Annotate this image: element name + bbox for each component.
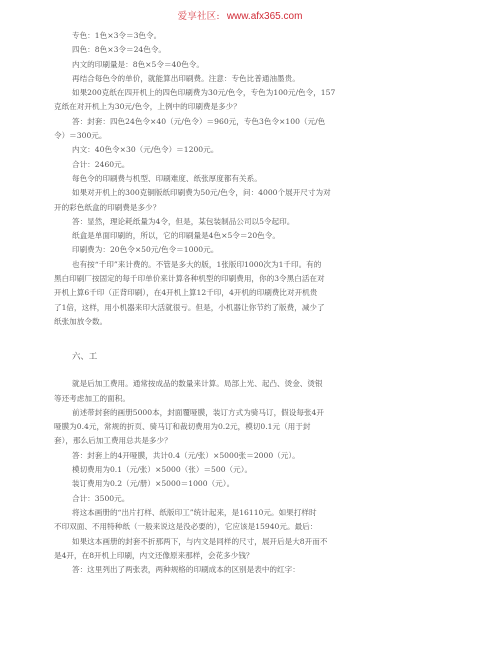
paragraph-line: 答：显然，理论耗纸量为4令，但是，某包装制品公司以5令起印。 <box>54 215 414 229</box>
section-heading: 六、工 <box>54 349 414 363</box>
paragraph-line: 答：封套：四色24色令×40（元/色令）＝960元，专色3色令×100（元/色 <box>54 115 414 129</box>
paragraph-line: 纸盒是单面印刷的，所以，它的印刷量是4色×5令＝20色令。 <box>54 229 414 243</box>
paragraph-line: 开的彩色纸盒的印刷费是多少？ <box>54 201 414 215</box>
paragraph-line: 答：封套上的4开哑膜，共计0.4（元/张）×5000张＝2000（元）。 <box>54 449 414 463</box>
paragraph-line: 印刷费为：20色令×50元/色令＝1000元。 <box>54 243 414 257</box>
paragraph-line: 套），那么后加工费用总共是多少？ <box>54 434 414 448</box>
paragraph-line: 合计：2460元。 <box>54 158 414 172</box>
paragraph-line: 黑白印刷厂按固定的每千印单价来计算各种机型的印刷费用，你的3令黑白活在对 <box>54 272 414 286</box>
paragraph-line: 也有按“千印”来计费的。不管是多大的版，1张版印1000次为1千印。有的 <box>54 258 414 272</box>
paragraph-line: 如果这本画册的封套不折那两下，与内文是同样的尺寸，展开后是大8开而不 <box>54 535 414 549</box>
paragraph-line: 就是后加工费用。通常按成品的数量来计算。局部上光、起凸、烫金、烫银 <box>54 377 414 391</box>
paragraph-line: 开机上算6千印（正背印刷），在4开机上算12千印，4开机的印刷费比对开机贵 <box>54 286 414 300</box>
site-url-link[interactable]: www.afx365.com <box>227 11 303 22</box>
paragraph-line: 克纸在对开机上为30元/色令，上例中的印刷费是多少？ <box>54 100 414 114</box>
site-brand: 爱享社区: <box>178 11 220 22</box>
paragraph-line: 是4开，在8开机上印刷，内文还像原来那样，会花多少钱？ <box>54 549 414 563</box>
paragraph-line: 如果200克纸在四开机上的四色印刷费为30元/色令，专色为100元/色令，157 <box>54 86 414 100</box>
paragraph-line: 装订费用为0.2（元/册）×5000＝1000（元）。 <box>54 477 414 491</box>
paragraph-line: 答：这里列出了两张表，两种规格的印刷成本的区别是表中的红字： <box>54 563 414 577</box>
paragraph-line: 前述带封套的画册5000本，封面覆哑膜，装订方式为骑马订，假设每张4开 <box>54 406 414 420</box>
paragraph-line: 纸张加放令数。 <box>54 315 414 329</box>
paragraph-line: 专色：1色×3令＝3色令。 <box>54 29 414 43</box>
site-header: 爱享社区: www.afx365.com <box>0 11 480 23</box>
document-body: 专色：1色×3令＝3色令。四色：8色×3令＝24色令。内文的印刷量是：8色×5令… <box>54 29 414 577</box>
paragraph-line: 等还考虑加工的面积。 <box>54 392 414 406</box>
paragraph-line: 哑膜为0.4元，常规的折页、骑马订和裁切费用为0.2元，模切0.1元（用于封 <box>54 420 414 434</box>
paragraph-line: 将这本画册的“出片打样、纸版印工”统计起来，是16110元。如果打样时 <box>54 506 414 520</box>
paragraph-line: 合计：3500元。 <box>54 492 414 506</box>
paragraph-line: 令）＝300元。 <box>54 129 414 143</box>
paragraph-line: 了1倍，这样，用小机器来印大活就很亏。但是，小机器让你节约了版费，减少了 <box>54 301 414 315</box>
paragraph-line: 模切费用为0.1（元/张）×5000（张）＝500（元）。 <box>54 463 414 477</box>
paragraph-line: 内文：40色令×30（元/色令）＝1200元。 <box>54 143 414 157</box>
document-section-printing-cost: 专色：1色×3令＝3色令。四色：8色×3令＝24色令。内文的印刷量是：8色×5令… <box>54 29 414 329</box>
paragraph-line: 再结合每色令的单价，就能算出印刷费。注意：专色比普通油墨贵。 <box>54 72 414 86</box>
paragraph-line: 四色：8色×3令＝24色令。 <box>54 43 414 57</box>
paragraph-line: 每色令的印刷费与机型、印刷难度、纸张厚度都有关系。 <box>54 172 414 186</box>
paragraph-line: 内文的印刷量是：8色×5令＝40色令。 <box>54 58 414 72</box>
document-section-post-processing: 就是后加工费用。通常按成品的数量来计算。局部上光、起凸、烫金、烫银等还考虑加工的… <box>54 377 414 577</box>
paragraph-line: 如果对开机上的300克铜版纸印刷费为50元/色令，问：4000个展开尺寸为对 <box>54 186 414 200</box>
paragraph-line: 不印双面、不用特种纸（一般来说这是没必要的），它应该是15940元。最后： <box>54 520 414 534</box>
